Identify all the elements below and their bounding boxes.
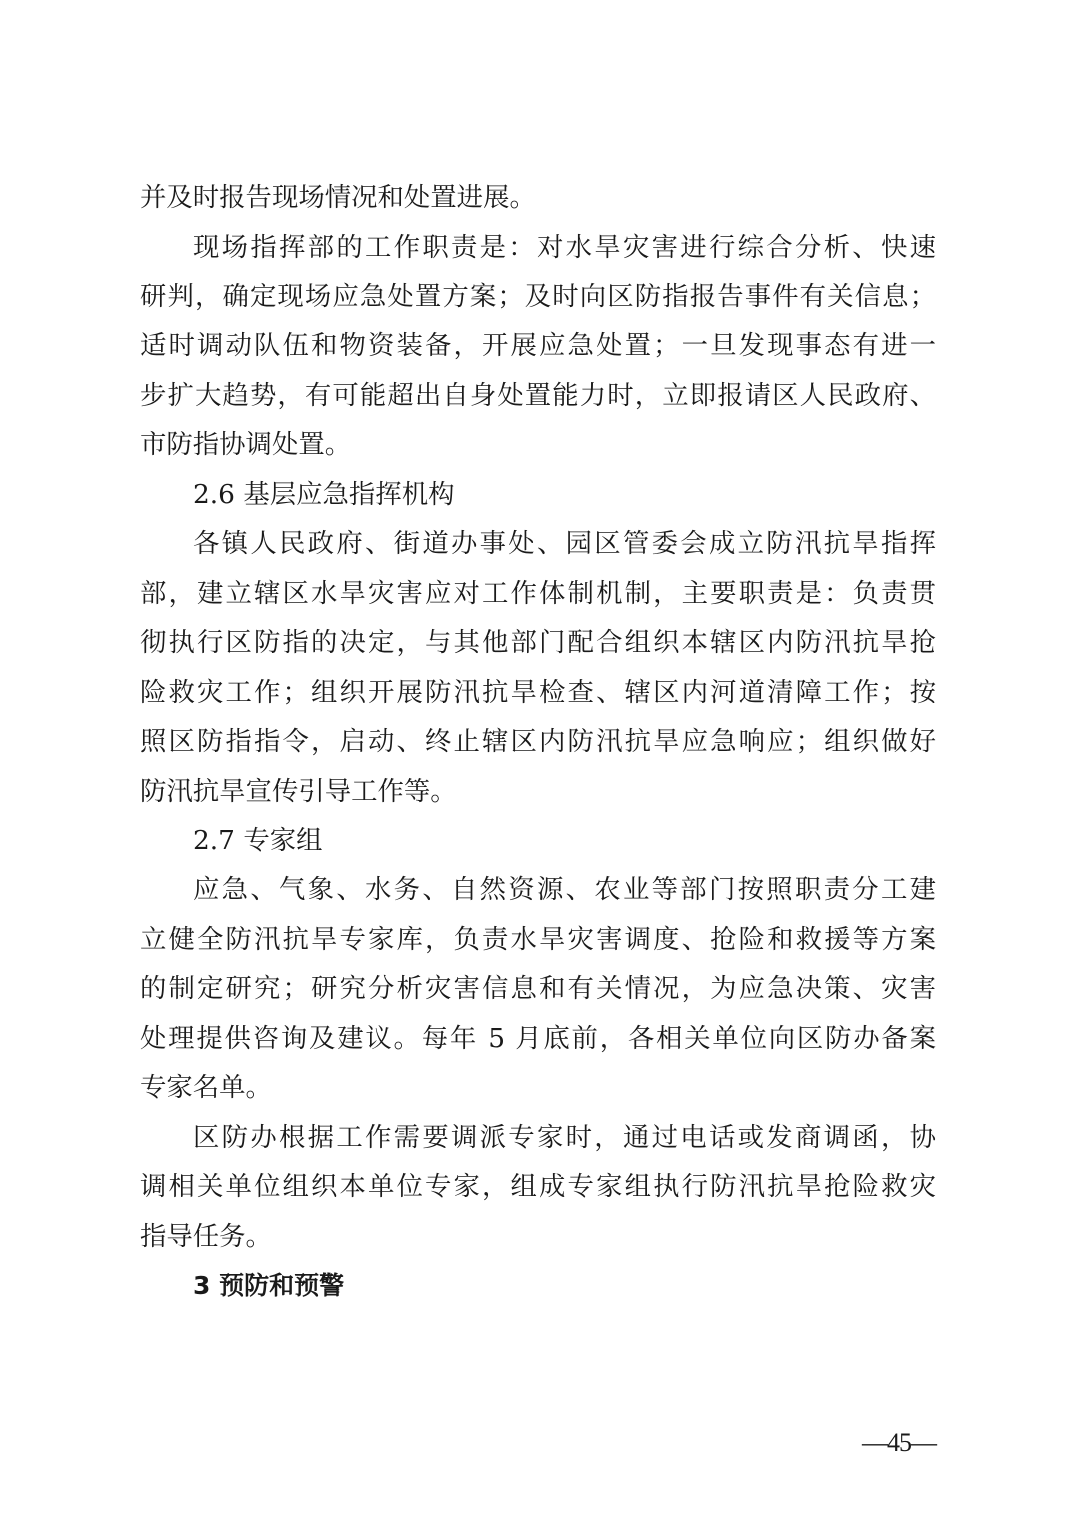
- paragraph-first-line: 现场指挥部的工作职责是：对水旱灾害进行综合分析、快速: [193, 232, 936, 264]
- text-line: 处理提供咨询及建议。每年 5 月底前，各相关单位向区防办备案: [140, 1023, 936, 1055]
- text-line: 调相关单位组织本单位专家，组成专家组执行防汛抗旱抢险救灾: [140, 1171, 936, 1203]
- text-line: 照区防指指令，启动、终止辖区内防汛抗旱应急响应；组织做好: [140, 726, 936, 758]
- text-line: 市防指协调处置。: [140, 429, 936, 461]
- text-line: 专家名单。: [140, 1072, 936, 1104]
- paragraph-first-line: 各镇人民政府、街道办事处、园区管委会成立防汛抗旱指挥: [193, 528, 936, 560]
- text-line: 研判，确定现场应急处置方案；及时向区防指报告事件有关信息；: [140, 281, 936, 313]
- section-heading-2-7: 2.7 专家组: [193, 825, 936, 857]
- section-heading-2-6: 2.6 基层应急指挥机构: [193, 479, 936, 511]
- paragraph-first-line: 区防办根据工作需要调派专家时，通过电话或发商调函，协: [193, 1122, 936, 1154]
- text-line: 指导任务。: [140, 1221, 936, 1253]
- text-line: 的制定研究；研究分析灾害信息和有关情况，为应急决策、灾害: [140, 973, 936, 1005]
- paragraph-first-line: 应急、气象、水务、自然资源、农业等部门按照职责分工建: [193, 874, 936, 906]
- page-number: —45—: [862, 1428, 936, 1458]
- section-heading-3: 3 预防和预警: [193, 1270, 936, 1302]
- text-line: 险救灾工作；组织开展防汛抗旱检查、辖区内河道清障工作；按: [140, 677, 936, 709]
- text-line: 并及时报告现场情况和处置进展。: [140, 182, 936, 214]
- document-page: 并及时报告现场情况和处置进展。 现场指挥部的工作职责是：对水旱灾害进行综合分析、…: [0, 0, 1074, 1520]
- text-line: 适时调动队伍和物资装备，开展应急处置；一旦发现事态有进一: [140, 330, 936, 362]
- text-line: 部，建立辖区水旱灾害应对工作体制机制，主要职责是：负责贯: [140, 578, 936, 610]
- text-line: 步扩大趋势，有可能超出自身处置能力时，立即报请区人民政府、: [140, 380, 936, 412]
- text-line: 防汛抗旱宣传引导工作等。: [140, 776, 936, 808]
- text-line: 立健全防汛抗旱专家库，负责水旱灾害调度、抢险和救援等方案: [140, 924, 936, 956]
- text-line: 彻执行区防指的决定，与其他部门配合组织本辖区内防汛抗旱抢: [140, 627, 936, 659]
